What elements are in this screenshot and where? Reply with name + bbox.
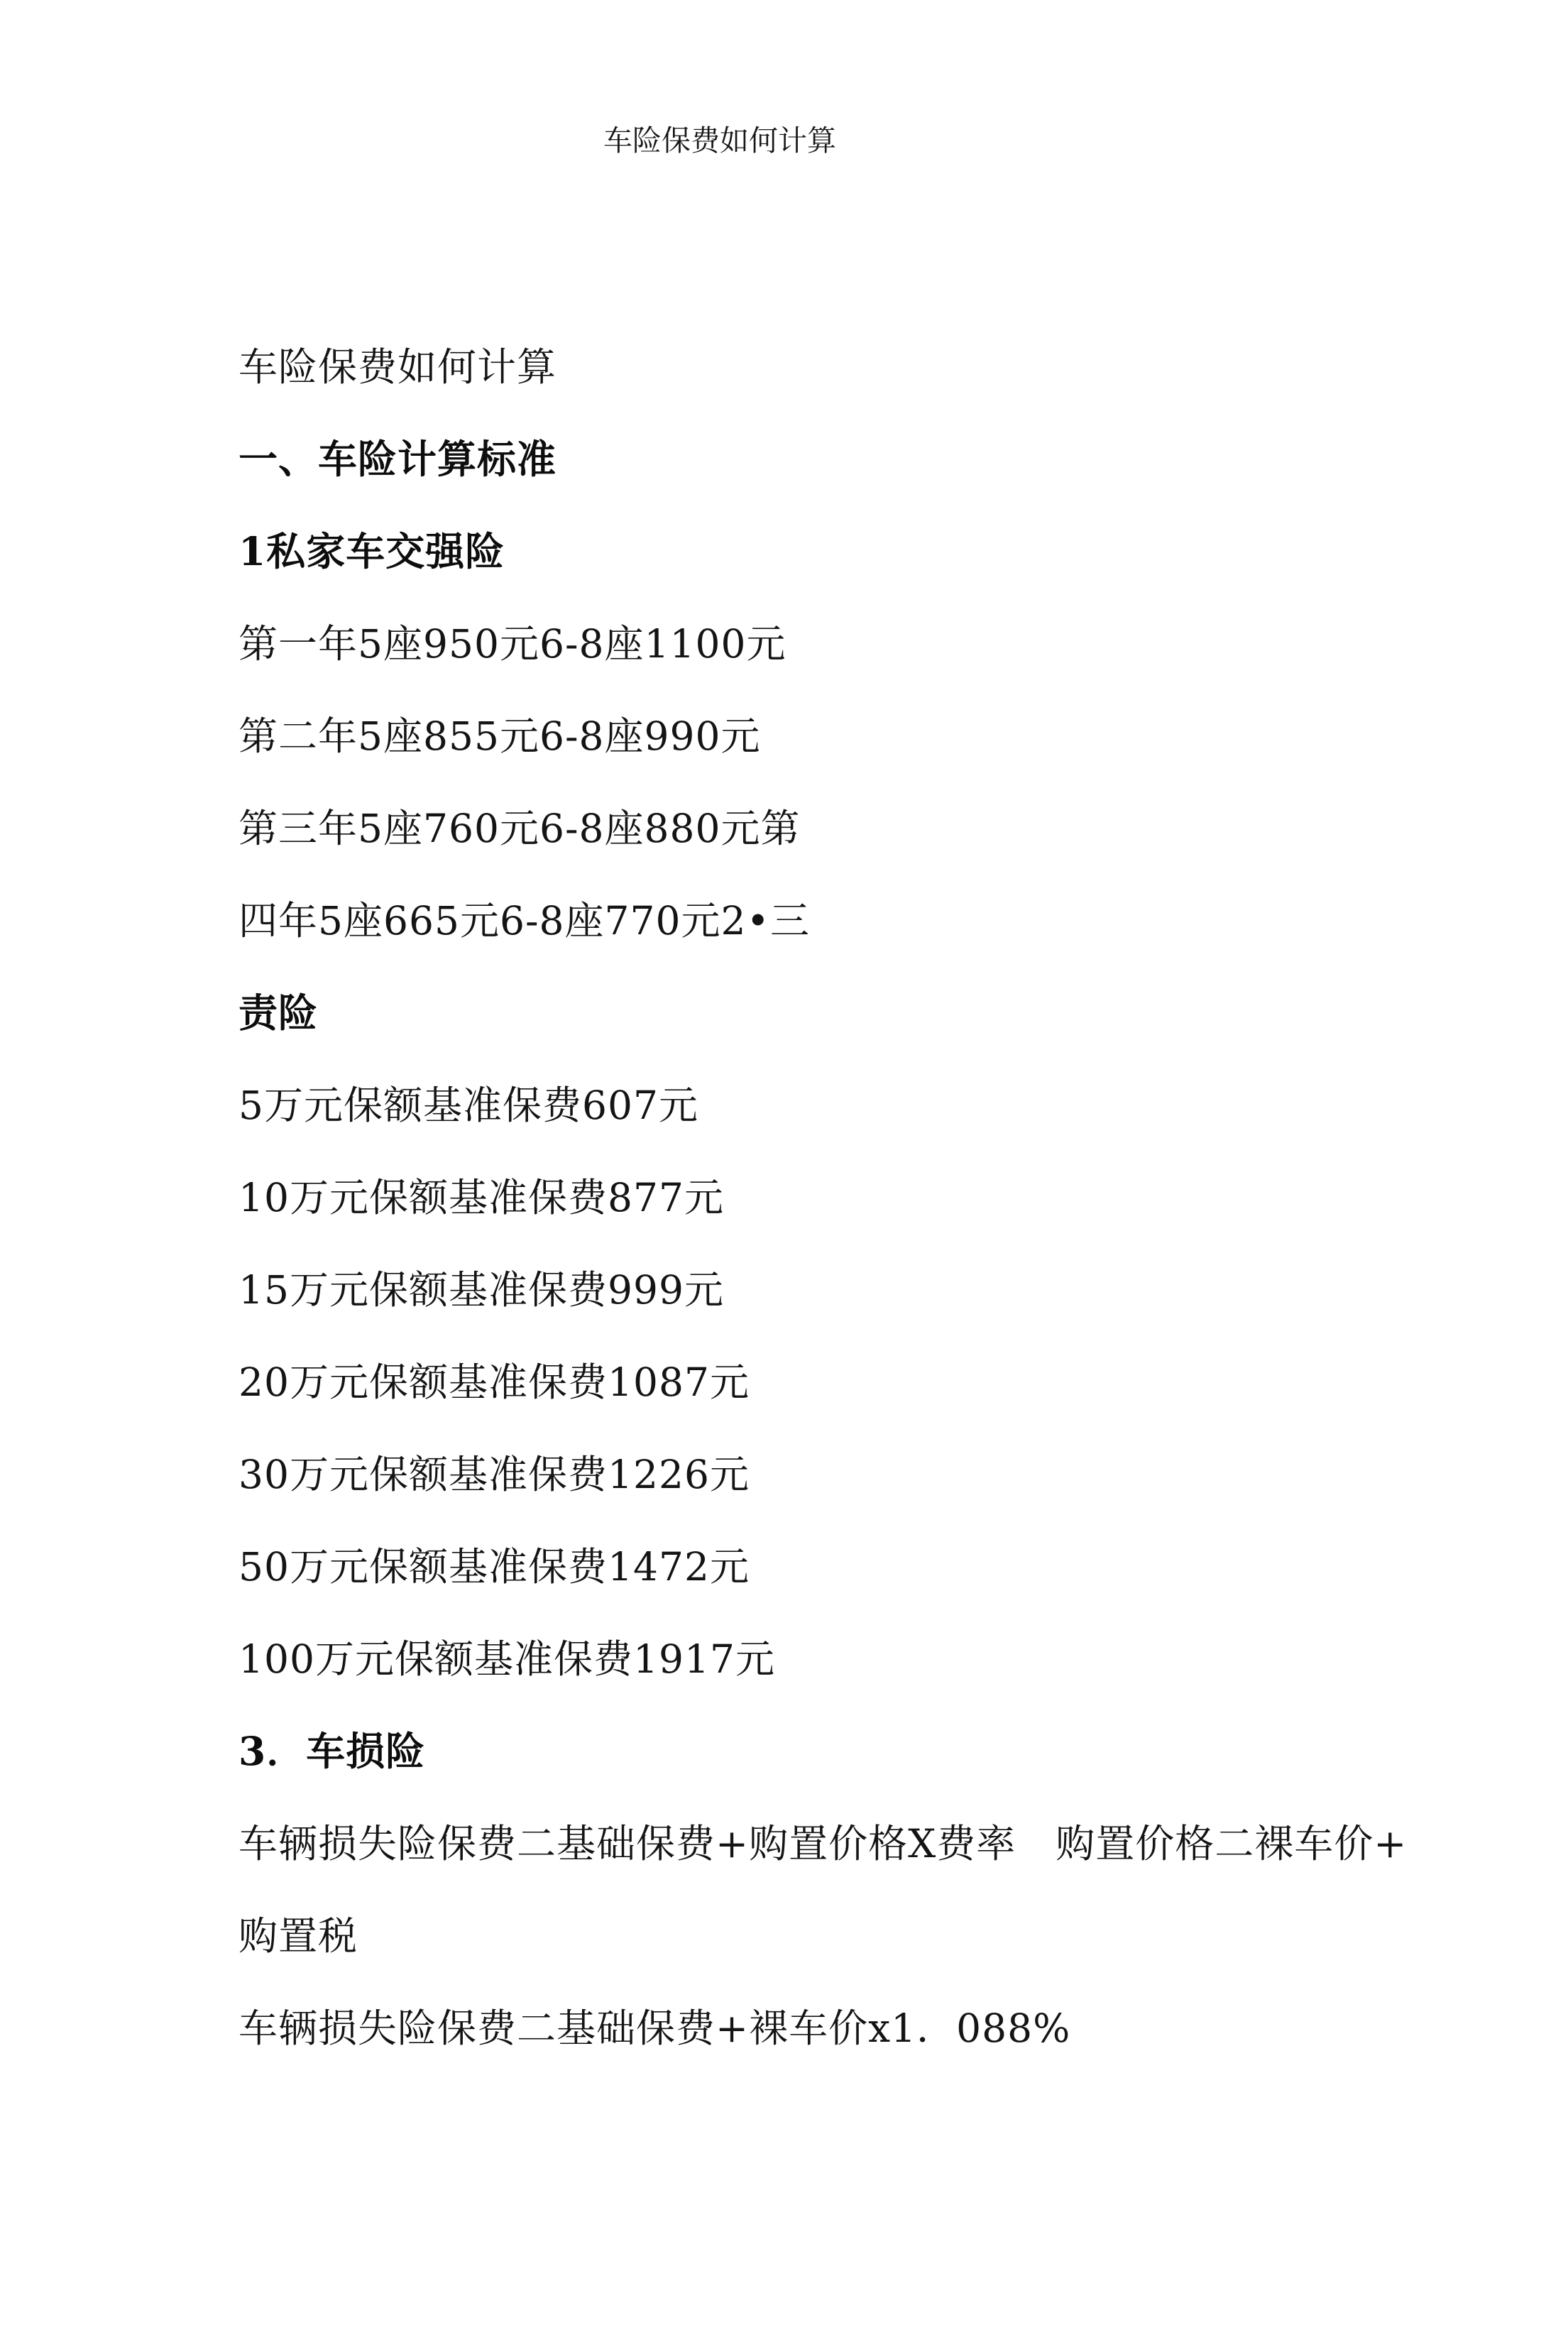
line-damage-formula-purchase-price: 车辆损失险保费二基础保费+购置价格X费率 购置价格二裸车价+ bbox=[239, 1802, 1483, 1894]
heading-third-party-liability: 责险 bbox=[239, 971, 1483, 1063]
body-title: 车险保费如何计算 bbox=[239, 325, 1483, 417]
document-page: 车险保费如何计算 车险保费如何计算 一、车险计算标准 1私家车交强险 第一年5座… bbox=[0, 0, 1568, 2330]
line-compulsory-year-1: 第一年5座950元6-8座1100元 bbox=[239, 602, 1483, 694]
line-liability-500k: 50万元保额基准保费1472元 bbox=[239, 1525, 1483, 1617]
line-compulsory-year-4: 四年5座665元6-8座770元2•三 bbox=[239, 879, 1483, 971]
line-compulsory-year-3: 第三年5座760元6-8座880元第 bbox=[239, 787, 1483, 879]
line-liability-50k: 5万元保额基准保费607元 bbox=[239, 1063, 1483, 1156]
line-compulsory-year-2: 第二年5座855元6-8座990元 bbox=[239, 694, 1483, 787]
document-body: 车险保费如何计算 一、车险计算标准 1私家车交强险 第一年5座950元6-8座1… bbox=[239, 325, 1483, 2079]
heading-calculation-standard: 一、车险计算标准 bbox=[239, 417, 1483, 510]
line-liability-300k: 30万元保额基准保费1226元 bbox=[239, 1433, 1483, 1525]
line-liability-100k: 10万元保额基准保费877元 bbox=[239, 1156, 1483, 1248]
heading-vehicle-damage: 3．车损险 bbox=[239, 1710, 1483, 1802]
heading-private-car-compulsory: 1私家车交强险 bbox=[239, 510, 1483, 602]
line-damage-formula-purchase-tax: 购置税 bbox=[239, 1894, 1483, 1986]
document-header-title: 车险保费如何计算 bbox=[603, 119, 836, 162]
line-liability-150k: 15万元保额基准保费999元 bbox=[239, 1248, 1483, 1340]
line-liability-1m: 100万元保额基准保费1917元 bbox=[239, 1617, 1483, 1710]
line-liability-200k: 20万元保额基准保费1087元 bbox=[239, 1340, 1483, 1433]
line-damage-formula-rate: 车辆损失险保费二基础保费+裸车价x1．088% bbox=[239, 1986, 1483, 2079]
